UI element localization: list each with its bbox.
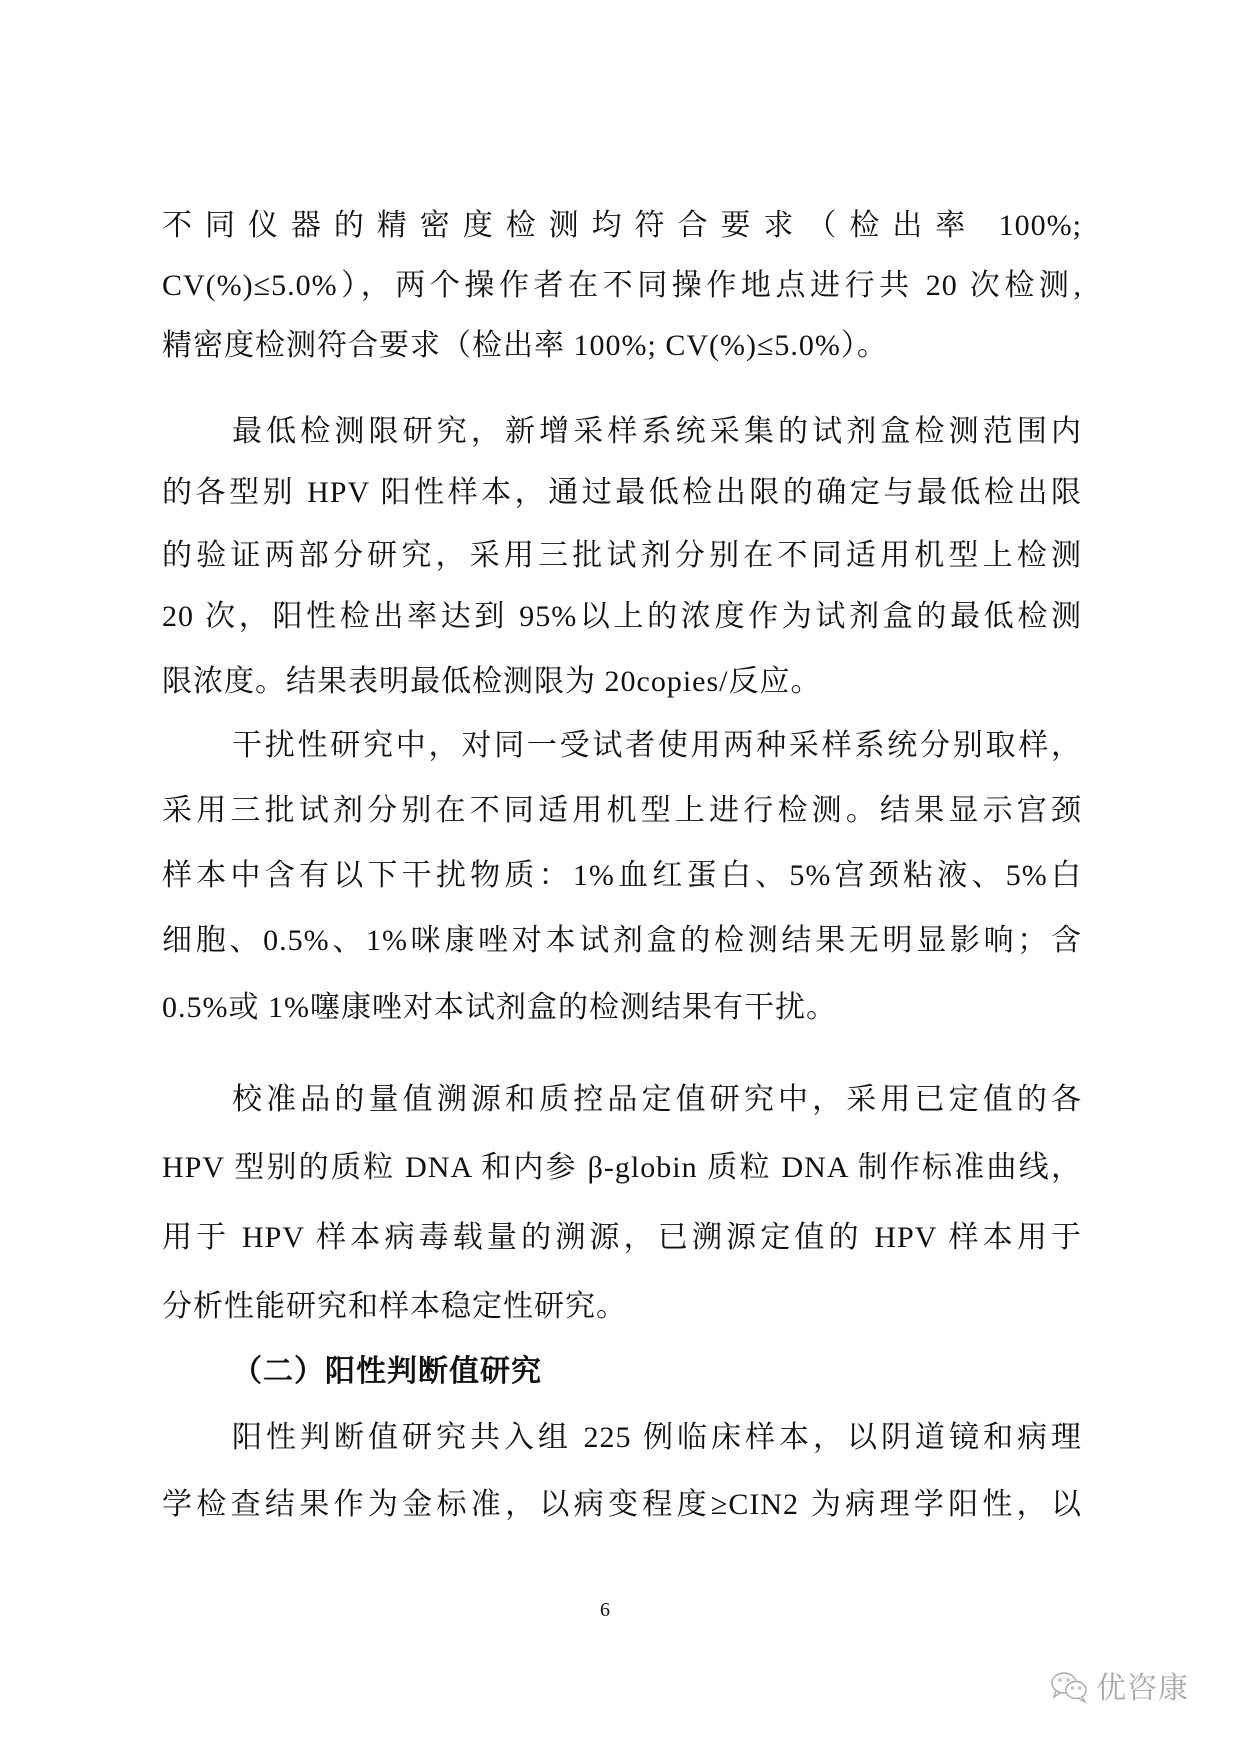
paragraph-precision-line-1: 不同仪器的精密度检测均符合要求（检出率 100%; [162, 206, 1082, 246]
paragraph-calibrator-line-4: 分析性能研究和样本稳定性研究。 [162, 1287, 1082, 1327]
watermark-text: 优咨康 [1096, 1672, 1189, 1706]
watermark: 优咨康 [1050, 1672, 1189, 1706]
paragraph-calibrator-line-1: 校准品的量值溯源和质控品定值研究中，采用已定值的各 [232, 1080, 1082, 1120]
paragraph-interference-line-2: 采用三批试剂分别在不同适用机型上进行检测。结果显示宫颈 [162, 791, 1082, 831]
paragraph-calibrator-line-2: HPV 型别的质粒 DNA 和内参 β-globin 质粒 DNA 制作标准曲线… [162, 1148, 1082, 1188]
paragraph-precision-line-2: CV(%)≤5.0%），两个操作者在不同操作地点进行共 20 次检测, [162, 266, 1082, 306]
paragraph-cutoff-line-2: 学检查结果作为金标准，以病变程度≥CIN2 为病理学阳性，以 [162, 1485, 1082, 1525]
document-page: 不同仪器的精密度检测均符合要求（检出率 100%; CV(%)≤5.0%），两个… [0, 0, 1240, 1754]
paragraph-lod-line-5: 限浓度。结果表明最低检测限为 20copies/反应。 [162, 662, 1082, 702]
paragraph-precision-line-3: 精密度检测符合要求（检出率 100%; CV(%)≤5.0%）。 [162, 326, 1082, 366]
paragraph-cutoff-line-1: 阳性判断值研究共入组 225 例临床样本，以阴道镜和病理 [232, 1418, 1082, 1458]
paragraph-lod-line-1: 最低检测限研究，新增采样系统采集的试剂盒检测范围内 [232, 412, 1082, 452]
paragraph-interference-line-4: 细胞、0.5%、1%咪康唑对本试剂盒的检测结果无明显影响；含 [162, 921, 1082, 961]
paragraph-calibrator-line-3: 用于 HPV 样本病毒载量的溯源，已溯源定值的 HPV 样本用于 [162, 1218, 1082, 1258]
paragraph-lod-line-2: 的各型别 HPV 阳性样本，通过最低检出限的确定与最低检出限 [162, 473, 1082, 513]
paragraph-interference-line-3: 样本中含有以下干扰物质：1%血红蛋白、5%宫颈粘液、5%白 [162, 856, 1082, 896]
paragraph-lod-line-4: 20 次，阳性检出率达到 95%以上的浓度作为试剂盒的最低检测 [162, 597, 1082, 637]
page-number: 6 [600, 1598, 610, 1622]
paragraph-interference-line-5: 0.5%或 1%噻康唑对本试剂盒的检测结果有干扰。 [162, 988, 1082, 1028]
wechat-icon [1050, 1670, 1090, 1709]
paragraph-interference-line-1: 干扰性研究中，对同一受试者使用两种采样系统分别取样， [232, 726, 1082, 766]
paragraph-lod-line-3: 的验证两部分研究，采用三批试剂分别在不同适用机型上检测 [162, 536, 1082, 576]
section-heading: （二）阳性判断值研究 [232, 1352, 542, 1392]
